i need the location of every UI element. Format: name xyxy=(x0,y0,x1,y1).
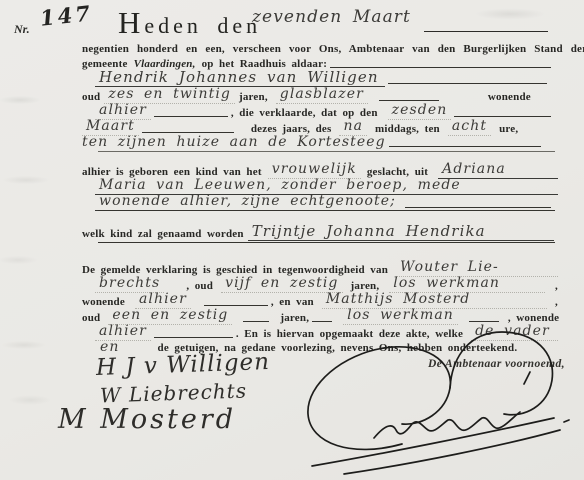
blank-rule xyxy=(469,321,499,322)
blank-rule xyxy=(154,337,233,338)
witness1-age: vijf en zestig xyxy=(221,276,342,293)
declarant-occupation: glasblazer xyxy=(276,87,368,104)
birth-location-line: ten zijnen huize aan de Kortesteeg xyxy=(82,135,544,150)
child-name: Trijntje Johanna Hendrika xyxy=(248,224,554,241)
printed-text: wonende xyxy=(488,90,531,104)
printed-text: , xyxy=(555,295,558,309)
blank-rule xyxy=(312,321,332,322)
birth-hour: acht xyxy=(448,119,491,136)
printed-text: jaren, xyxy=(239,90,268,104)
blank-rule xyxy=(454,116,551,117)
heading-heden-den: Heden den xyxy=(118,5,261,41)
declarant-name-line: Hendrik Johannes van Willigen xyxy=(95,70,550,87)
intro-line-1: negentien honderd en een, verscheen voor… xyxy=(82,42,562,56)
blank-rule xyxy=(388,83,547,84)
document-number-value: 147 xyxy=(39,5,93,25)
bleed-through-marks xyxy=(440,0,580,40)
bleed-through-marks xyxy=(0,60,70,420)
blank-rule xyxy=(243,321,269,322)
child-name-line: welk kind zal genaamd worden Trijntje Jo… xyxy=(82,224,554,241)
birth-day: zesden xyxy=(388,103,452,120)
blank-line xyxy=(95,210,558,214)
birth-certificate-scan: Nr. 147 Heden den zevenden Maart negenti… xyxy=(0,0,584,480)
blank-rule xyxy=(424,31,548,32)
blank-rule xyxy=(98,151,555,152)
blank-rule xyxy=(154,116,228,117)
mother-residence: wonende alhier, zijne echtgenoote; xyxy=(95,194,402,211)
declarant-age-line: oud zes en twintig jaren, glasblazer won… xyxy=(82,87,558,104)
official-signature-flourish xyxy=(292,326,580,478)
printed-text: welk kind zal genaamd worden xyxy=(82,227,244,241)
printed-text: , oud xyxy=(186,279,213,293)
witness2-occupation: los werkman xyxy=(343,308,458,325)
printed-text: oud xyxy=(82,311,100,325)
blank-rule xyxy=(98,242,555,243)
act-date-handwritten: zevenden Maart xyxy=(252,10,411,25)
document-number-label: Nr. xyxy=(14,22,30,37)
witness2-signature: M Mosterd xyxy=(58,404,236,435)
father-signature: H J v Willigen xyxy=(96,349,271,381)
blank-rule xyxy=(405,207,551,208)
printed-text: oud xyxy=(82,90,100,104)
blank-line xyxy=(95,242,558,246)
blank-rule xyxy=(142,132,234,133)
printed-text: ure, xyxy=(499,122,518,136)
printed-text: , en van xyxy=(271,295,314,309)
blank-rule xyxy=(389,146,541,147)
blank-rule xyxy=(98,210,555,211)
printed-text: , xyxy=(555,279,558,293)
blank-rule xyxy=(204,305,268,306)
mother-residence-line: wonende alhier, zijne echtgenoote; xyxy=(95,194,554,211)
blank-rule xyxy=(379,100,439,101)
closing-en: en xyxy=(100,340,120,355)
birth-location: ten zijnen huize aan de Kortesteeg xyxy=(82,135,386,150)
printed-text: jaren, xyxy=(280,311,309,325)
declarant-name: Hendrik Johannes van Willigen xyxy=(95,70,385,87)
blank-line xyxy=(95,151,558,155)
printed-text: negentien honderd en een, verscheen voor… xyxy=(82,42,584,56)
